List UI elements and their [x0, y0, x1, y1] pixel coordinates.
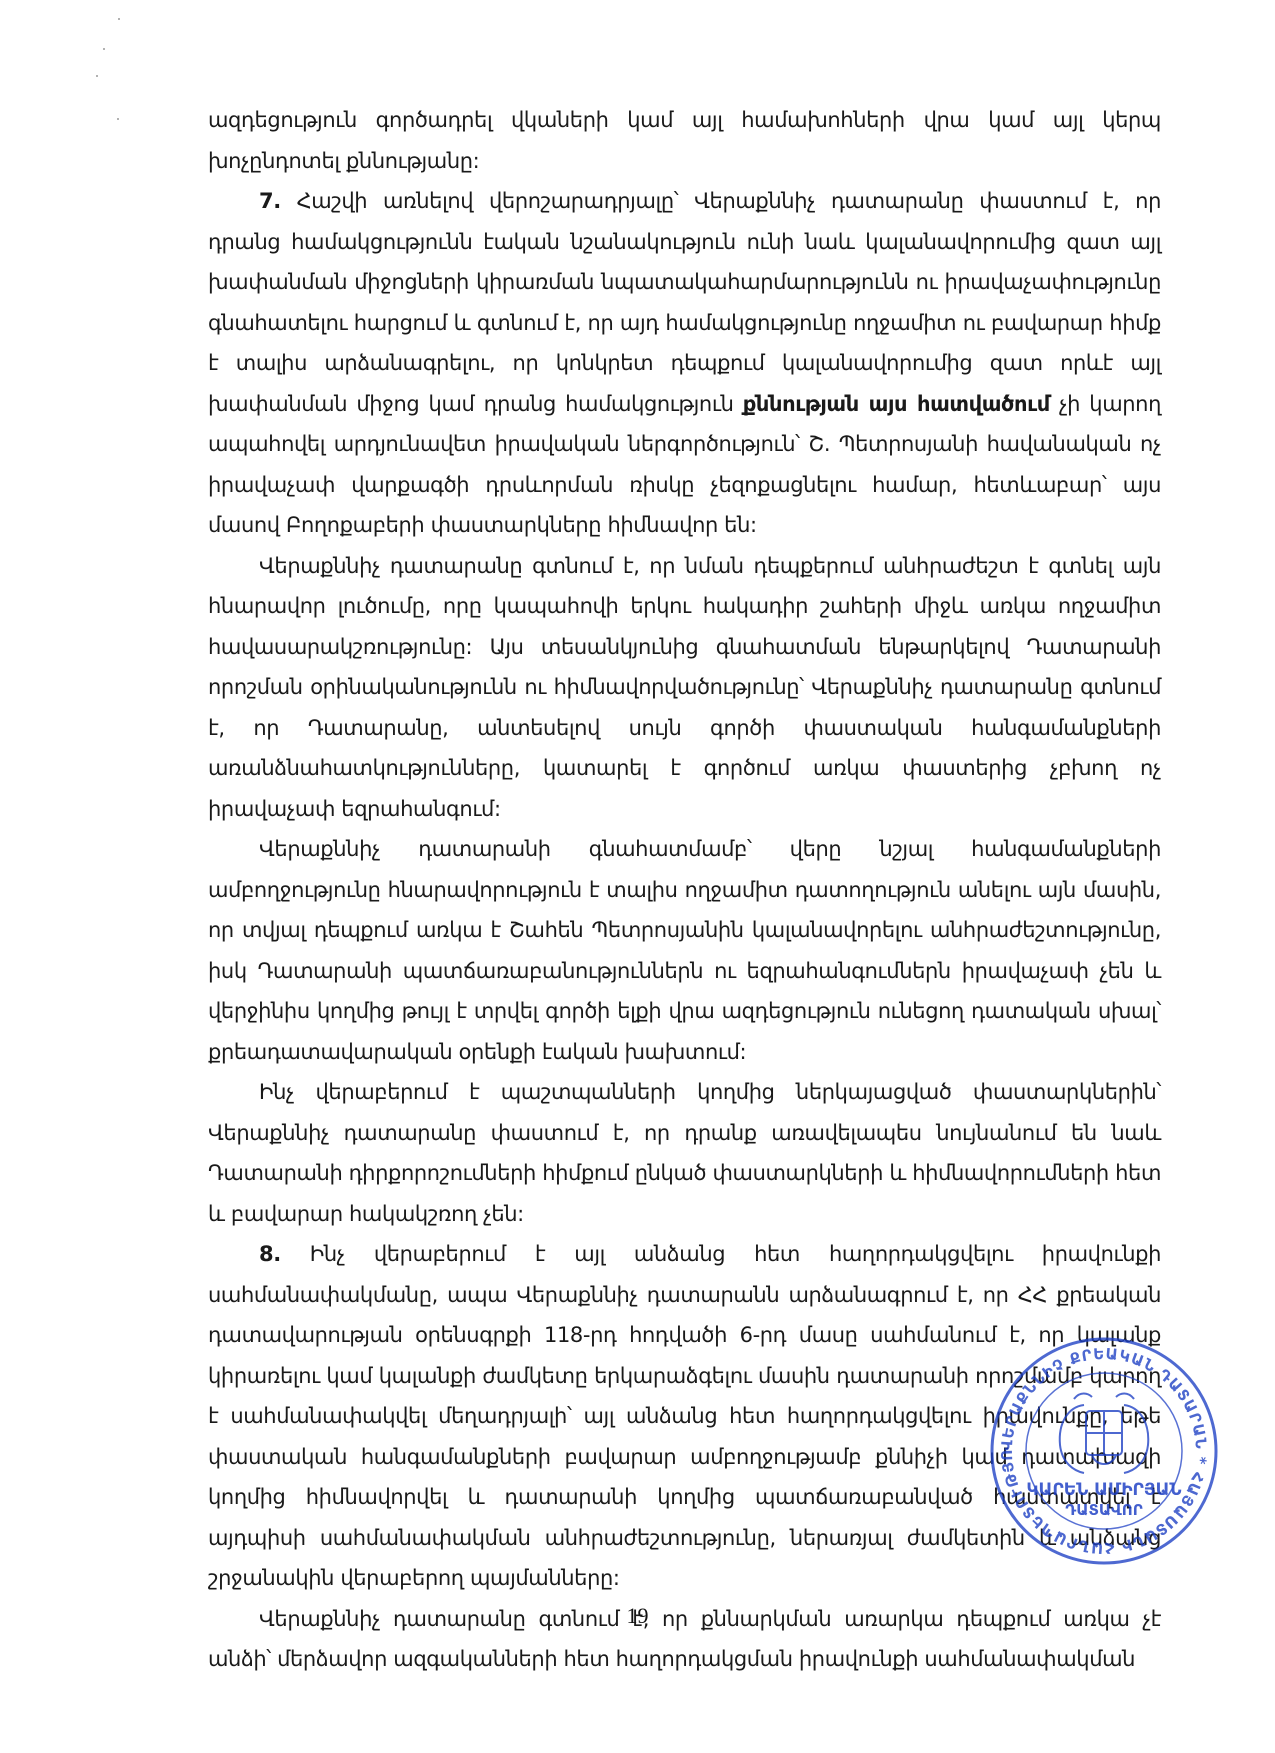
emphasized-text: քննության այս հատվածում — [743, 392, 1050, 416]
document-page: ազդեցություն գործադրել վկաների կամ այլ հ… — [0, 0, 1275, 1753]
paragraph: Ինչ վերաբերում է պաշտպանների կողմից ներկ… — [208, 1072, 1161, 1234]
paragraph-text: Հաշվի առնելով վերոշարադրյալը՝ Վերաքննիչ … — [208, 189, 1161, 416]
scan-speck — [117, 118, 119, 120]
section-number: 8. — [259, 1242, 281, 1266]
scan-speck — [96, 75, 98, 77]
scan-speck — [103, 48, 105, 50]
paragraph-7: 7. Հաշվի առնելով վերոշարադրյալը՝ Վերաքնն… — [208, 181, 1161, 546]
paragraph: Վերաքննիչ դատարանը գտնում է, որ նման դեպ… — [208, 546, 1161, 830]
paragraph-text: ազդեցություն գործադրել վկաների կամ այլ հ… — [208, 108, 1161, 173]
paragraph-text: Վերաքննիչ դատարանը գտնում է, որ նման դեպ… — [208, 554, 1161, 821]
document-body: ազդեցություն գործադրել վկաների կամ այլ հ… — [208, 100, 1161, 1680]
paragraph: Վերաքննիչ դատարանի գնահատմամբ՝ վերը նշյա… — [208, 829, 1161, 1072]
paragraph-text: Վերաքննիչ դատարանի գնահատմամբ՝ վերը նշյա… — [208, 837, 1161, 1064]
paragraph-8: 8. Ինչ վերաբերում է այլ անձանց հետ հաղոր… — [208, 1234, 1161, 1599]
paragraph-text: Ինչ վերաբերում է պաշտպանների կողմից ներկ… — [208, 1080, 1161, 1226]
paragraph-text: Ինչ վերաբերում է այլ անձանց հետ հաղորդակ… — [208, 1242, 1161, 1590]
scan-speck — [118, 18, 120, 20]
page-number: 19 — [0, 1603, 1275, 1629]
section-number: 7. — [259, 189, 281, 213]
paragraph: ազդեցություն գործադրել վկաների կամ այլ հ… — [208, 100, 1161, 181]
